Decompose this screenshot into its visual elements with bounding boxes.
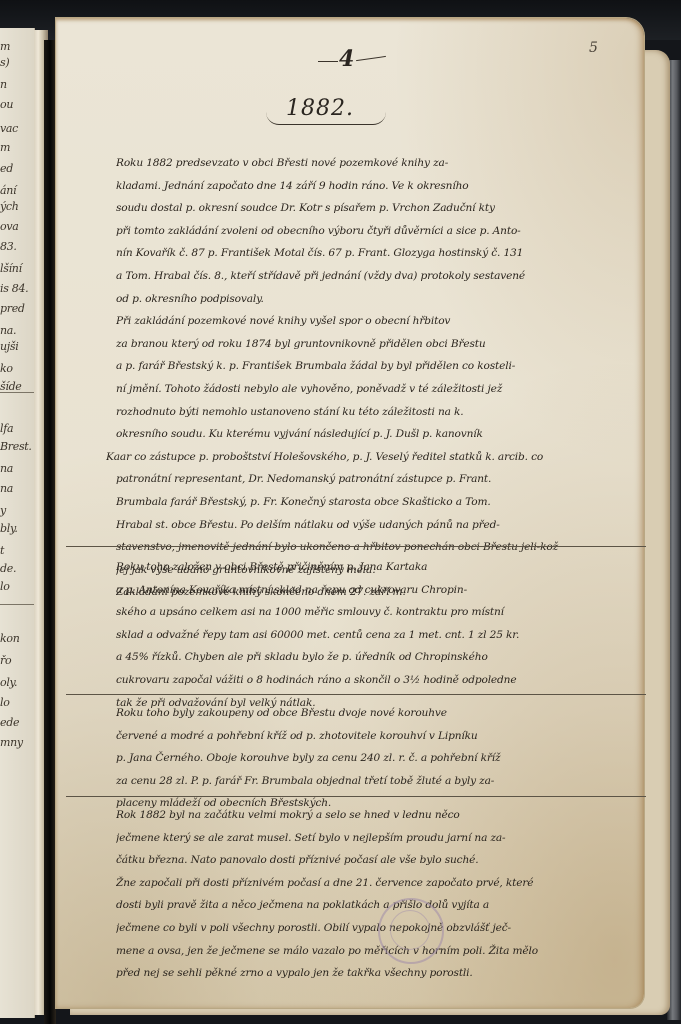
- left-page-text-fragment: lo: [0, 696, 10, 709]
- left-page-text-fragment: řo: [0, 654, 11, 667]
- left-page-text-fragment: na: [0, 462, 13, 475]
- left-page-text-fragment: ou: [0, 98, 13, 111]
- left-page-text-fragment: lšíní: [0, 262, 22, 275]
- handwritten-line: Rok 1882 byl na začátku velmi mokrý a se…: [116, 804, 636, 827]
- left-page-text-fragment: y: [0, 504, 6, 517]
- handwritten-line: a Tom. Hrabal čís. 8., kteří střídavě př…: [116, 265, 636, 288]
- folio-mark: 4: [339, 46, 354, 72]
- left-page-text-fragment: lfa: [0, 422, 13, 435]
- left-page-text-fragment: 83.: [0, 240, 17, 253]
- left-page-text-fragment: ání: [0, 184, 16, 197]
- left-page-divider: [0, 604, 34, 605]
- entry-beet-warehouse: Roku toho založen v obci Břestě přičiněn…: [116, 556, 636, 714]
- handwritten-line: před nej se sehli pěkné zrno a vypalo je…: [116, 962, 636, 985]
- left-page-text-fragment: kon: [0, 632, 19, 645]
- page-number: 5: [589, 40, 598, 56]
- left-facing-page: ms)nouvacmedáníýchova83.lšíníis 84.predn…: [0, 28, 35, 1018]
- section-divider: [66, 694, 646, 695]
- book-gutter: [44, 40, 56, 1024]
- section-divider: [66, 546, 646, 547]
- handwritten-line: okresního soudu. Ku kterému vyjvání násl…: [116, 423, 636, 446]
- handwritten-line: Žne započali při dosti příznivém počasí …: [116, 872, 636, 895]
- handwritten-line: ní jmění. Tohoto žádosti nebylo ale vyho…: [116, 378, 636, 401]
- left-page-text-fragment: oly.: [0, 676, 17, 689]
- left-page-text-fragment: n: [0, 78, 7, 91]
- handwritten-line: Hrabal st. obce Břestu. Po delším nátlak…: [116, 514, 636, 537]
- handwritten-line: patronátní representant, Dr. Nedomanský …: [116, 468, 636, 491]
- left-page-text-fragment: ede: [0, 716, 19, 729]
- handwritten-line: a 45% řízků. Chyben ale při skladu bylo …: [116, 646, 636, 669]
- handwritten-line: nín Kovařík č. 87 p. František Motal čís…: [116, 242, 636, 265]
- left-page-text-fragment: ova: [0, 220, 19, 233]
- handwritten-line: za branou který od roku 1874 byl gruntov…: [116, 333, 636, 356]
- handwritten-line: ského a upsáno celkem asi na 1000 měřic …: [116, 601, 636, 624]
- left-page-text-fragment: pred: [0, 302, 25, 315]
- left-page-text-fragment: s): [0, 56, 9, 69]
- handwritten-line: p. Jana Černého. Oboje korouhve byly za …: [116, 747, 636, 770]
- entry-banners: Roku toho byly zakoupeny od obce Břestu …: [116, 702, 636, 815]
- left-page-text-fragment: lo: [0, 580, 10, 593]
- left-page-text-fragment: mny: [0, 736, 23, 749]
- handwritten-line: červené a modré a pohřební kříž od p. zh…: [116, 725, 636, 748]
- handwritten-line: rozhodnuto býti nemohlo ustanoveno stání…: [116, 401, 636, 424]
- handwritten-line: za cenu 28 zl. P. p. farář Fr. Brumbala …: [116, 770, 636, 793]
- handwritten-line: dosti byli pravě žita a něco ječmena na …: [116, 894, 636, 917]
- handwritten-line: sklad a odvažné řepy tam asi 60000 met. …: [116, 624, 636, 647]
- left-page-divider: [0, 392, 34, 393]
- year-underline: [266, 112, 386, 125]
- handwritten-line: cukrovaru započal vážiti o 8 hodinách rá…: [116, 669, 636, 692]
- left-page-text-fragment: ko: [0, 362, 13, 375]
- left-page-text-fragment: na: [0, 482, 13, 495]
- left-page-text-fragment: ých: [0, 200, 19, 213]
- left-page-text-fragment: na.: [0, 324, 16, 337]
- handwritten-line: Při zakládání pozemkové nové knihy vyšel…: [116, 310, 636, 333]
- handwritten-line: kladami. Jednání započato dne 14 září 9 …: [116, 175, 636, 198]
- left-page-text-fragment: bly.: [0, 522, 18, 535]
- handwritten-line: mene a ovsa, jen že ječmene se málo vaza…: [116, 940, 636, 963]
- handwritten-line: Kaar co zástupce p. proboštství Holešovs…: [106, 446, 636, 469]
- handwritten-line: Roku toho byly zakoupeny od obce Břestu …: [116, 702, 636, 725]
- handwritten-line: a p. Antonína Kovaříka místní sklad na ř…: [116, 579, 636, 602]
- left-page-text-fragment: is 84.: [0, 282, 28, 295]
- left-page-text-fragment: de.: [0, 562, 16, 575]
- handwritten-line: ječmene který se ale zarat musel. Setí b…: [116, 827, 636, 850]
- left-page-text-fragment: m: [0, 141, 10, 154]
- manuscript-page: 4 5 1882. Roku 1882 predsevzato v obci B…: [56, 18, 644, 1008]
- left-page-text-fragment: t: [0, 544, 4, 557]
- left-page-text-fragment: ed: [0, 162, 13, 175]
- handwritten-line: Roku toho založen v obci Břestě přičiněn…: [116, 556, 636, 579]
- handwritten-line: a p. farář Břestský k. p. František Brum…: [116, 355, 636, 378]
- handwritten-line: Brumbala farář Břestský, p. Fr. Konečný …: [116, 491, 636, 514]
- left-page-text-fragment: vac: [0, 122, 18, 135]
- left-page-text-fragment: m: [0, 40, 10, 53]
- left-page-text-fragment: ujši: [0, 340, 18, 353]
- handwritten-line: při tomto zakládání zvoleni od obecního …: [116, 220, 636, 243]
- folio-dash: [318, 61, 338, 62]
- handwritten-line: soudu dostal p. okresní soudce Dr. Kotr …: [116, 197, 636, 220]
- handwritten-line: ječmene co byli v poli všechny porostli.…: [116, 917, 636, 940]
- handwritten-line: Roku 1882 predsevzato v obci Břesti nové…: [116, 152, 636, 175]
- archive-stamp-icon: [378, 898, 444, 964]
- entry-harvest-year: Rok 1882 byl na začátku velmi mokrý a se…: [116, 804, 636, 985]
- handwritten-line: čátku března. Nato panovalo dosti přízni…: [116, 849, 636, 872]
- folio-dash: [356, 56, 386, 61]
- entry-land-register: Roku 1882 predsevzato v obci Břesti nové…: [116, 152, 636, 604]
- left-page-text-fragment: Brest.: [0, 440, 32, 453]
- section-divider: [66, 796, 646, 797]
- handwritten-line: od p. okresního podpisovaly.: [116, 288, 636, 311]
